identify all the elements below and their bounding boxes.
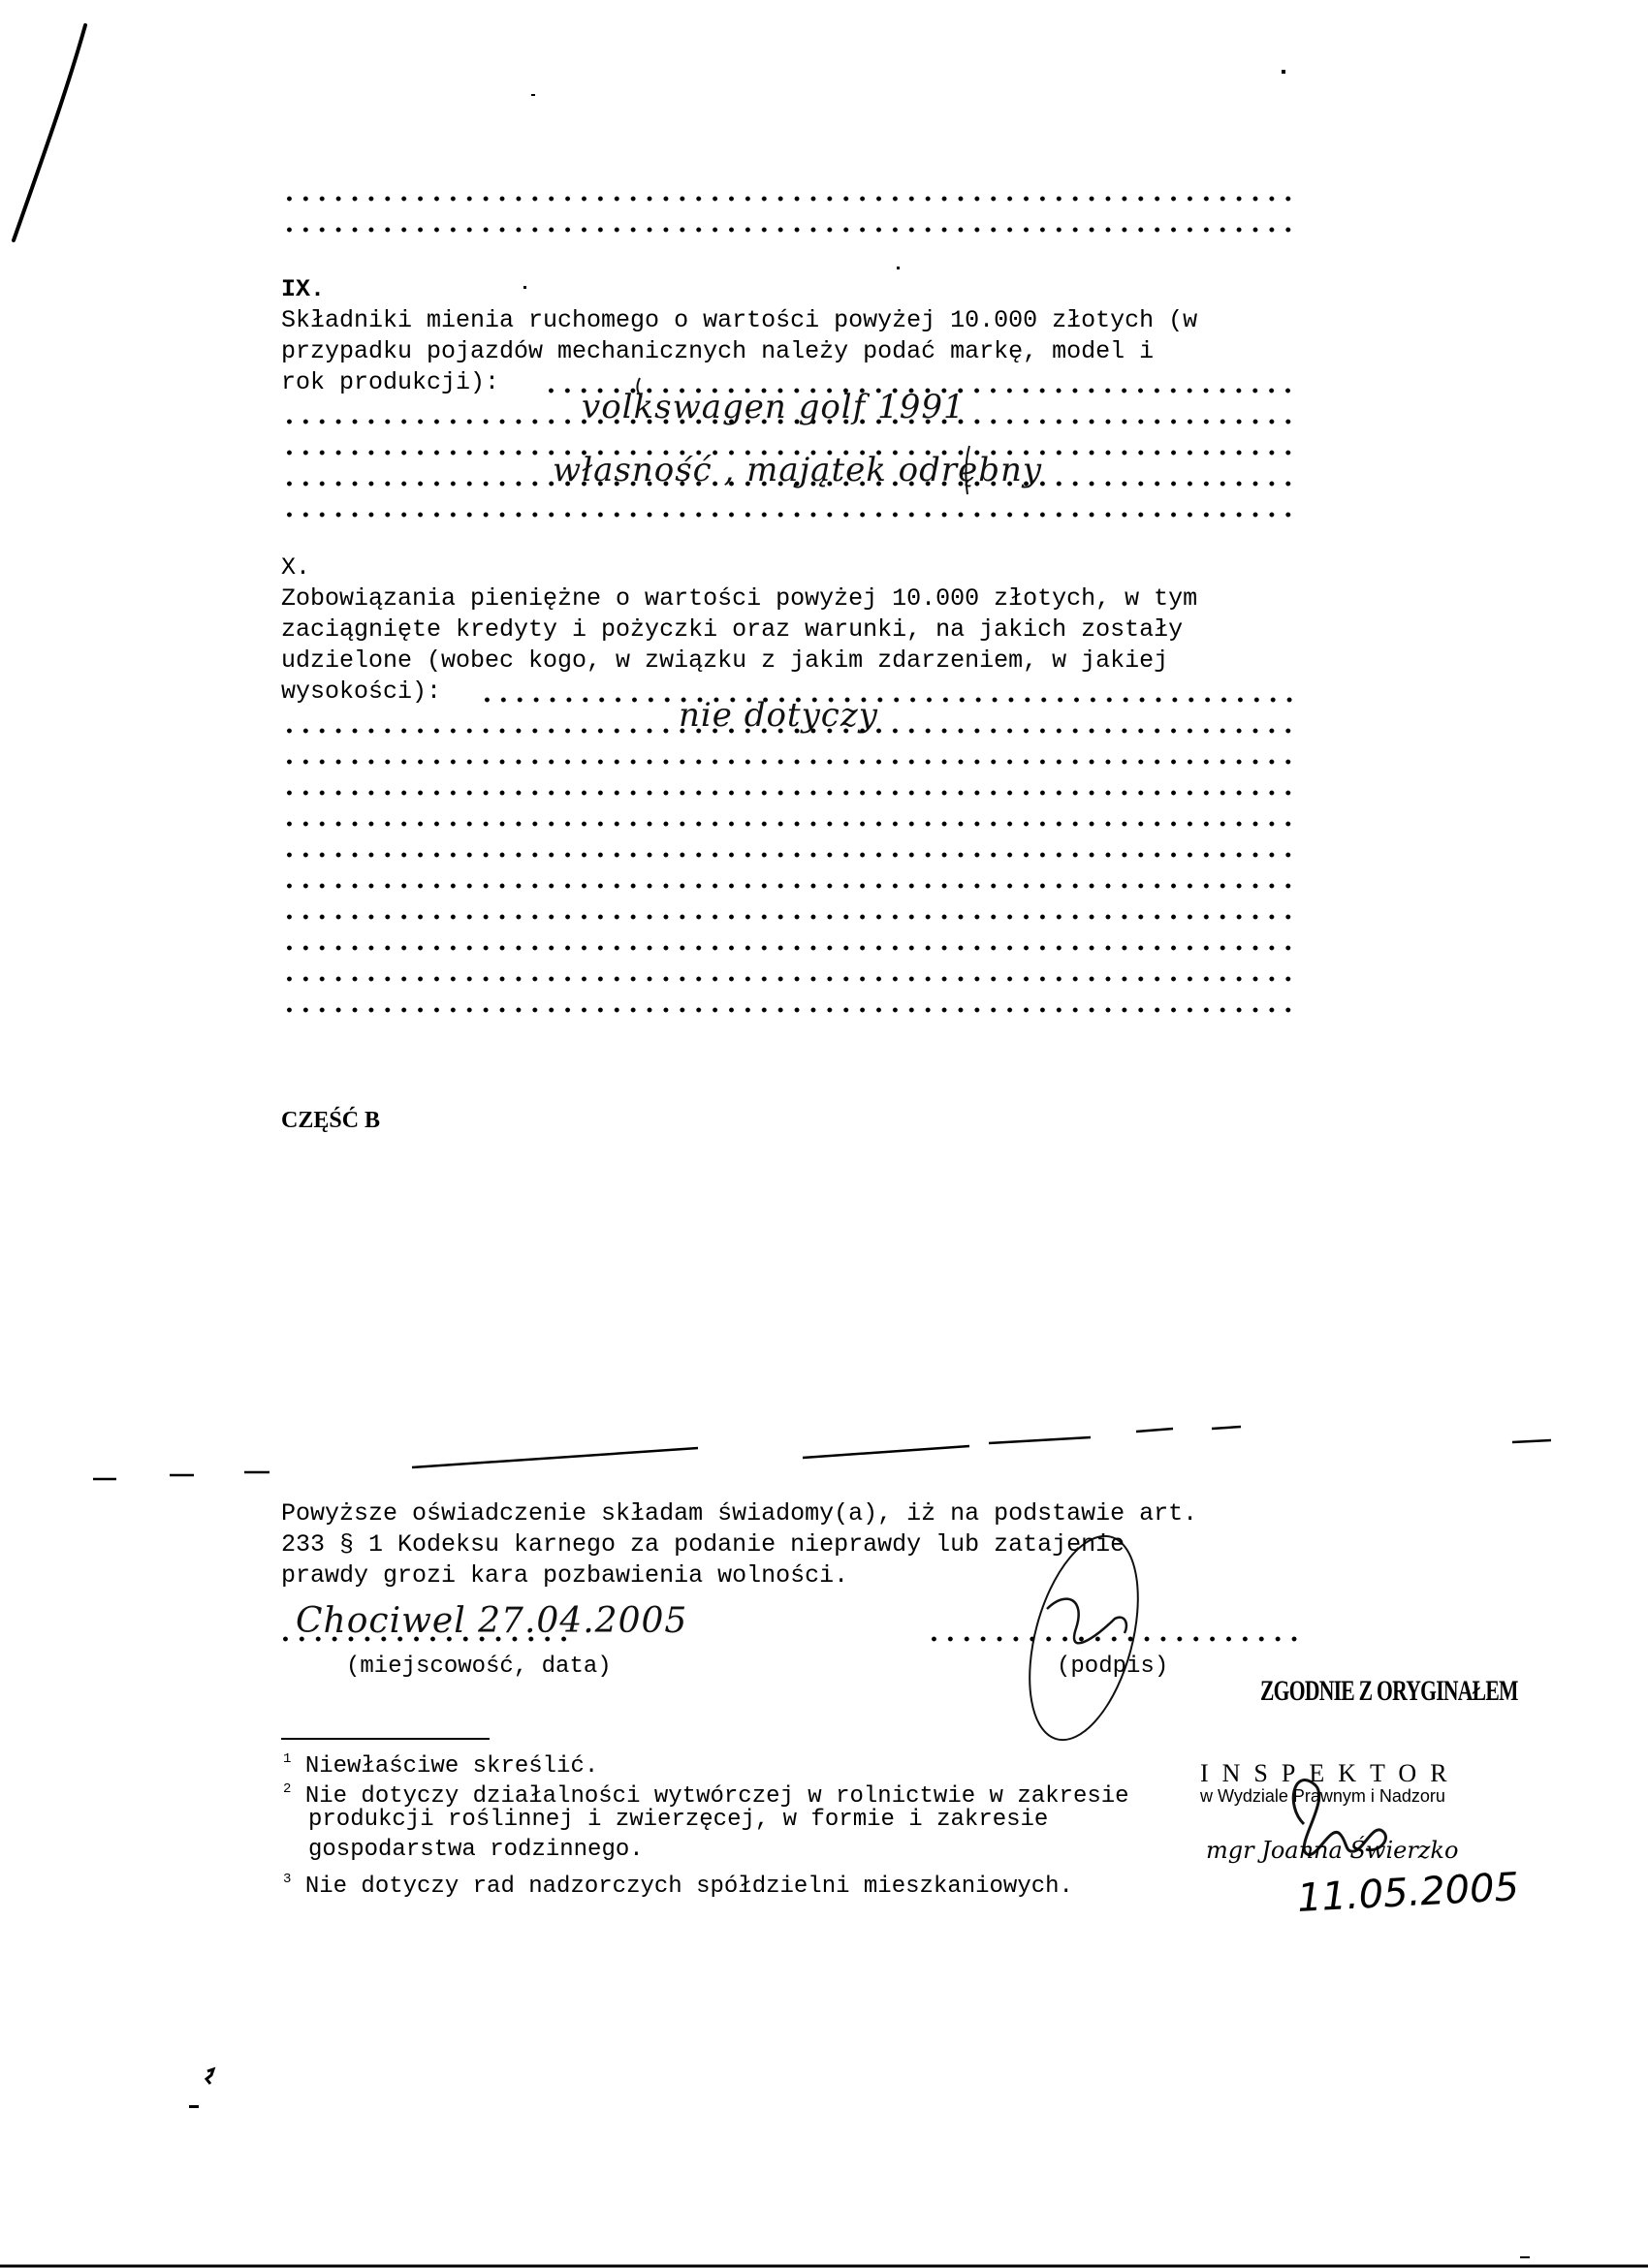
dotted-line — [281, 512, 1299, 518]
part-b-heading: CZĘŚĆ B — [281, 1105, 380, 1136]
stamp-name: mgr Joanna Świerzko — [1206, 1837, 1458, 1864]
footnote-2-continuation: produkcji roślinnej i zwierzęcej, w form… — [308, 1805, 1048, 1835]
dotted-line — [281, 883, 1299, 889]
declaration-line: 233 § 1 Kodeksu karnego za podanie niepr… — [281, 1529, 1125, 1560]
declaration-line: prawdy grozi kara pozbawienia wolności. — [281, 1560, 848, 1591]
declaration-line: Powyższe oświadczenie składam świadomy(a… — [281, 1498, 1197, 1529]
handwritten-answer-ownership: własność , majątek odrębny — [553, 451, 1042, 489]
dotted-line — [281, 1007, 1299, 1013]
stamp-role: INSPEKTOR — [1200, 1759, 1461, 1788]
section-x-text-line: udzielone (wobec kogo, w związku z jakim… — [281, 646, 1168, 677]
footnote-text: Nie dotyczy rad nadzorczych spółdzielni … — [305, 1874, 1073, 1900]
footnote-2-continuation: gospodarstwa rodzinnego. — [308, 1835, 644, 1865]
dotted-line — [281, 759, 1299, 765]
signature-dotted-line — [926, 1636, 1299, 1642]
section-ix-number: IX. — [281, 274, 325, 305]
section-ix-text-line: przypadku pojazdów mechanicznych należy … — [281, 336, 1154, 367]
section-ix-text-line: Składniki mienia ruchomego o wartości po… — [281, 305, 1197, 336]
section-x-text-line: zaciągnięte kredyty i pożyczki oraz waru… — [281, 614, 1183, 646]
footnote-mark: 2 — [283, 1781, 291, 1797]
footnote-mark: 3 — [283, 1872, 291, 1887]
handwritten-place-date: Chociwel 27.04.2005 — [296, 1601, 687, 1641]
dotted-line — [281, 945, 1299, 951]
dotted-line — [281, 227, 1299, 233]
dotted-line — [281, 821, 1299, 827]
stamp-department: w Wydziale Prawnym i Nadzoru — [1200, 1786, 1445, 1807]
section-ix-text-line: rok produkcji): — [281, 367, 499, 398]
fold-line — [93, 1427, 1551, 1479]
footnote-mark: 1 — [283, 1751, 291, 1767]
section-x-text-line: Zobowiązania pieniężne o wartości powyże… — [281, 583, 1197, 614]
dotted-line — [281, 852, 1299, 858]
dotted-line — [281, 976, 1299, 982]
section-x-text-line: wysokości): — [281, 677, 441, 708]
footnote-separator — [281, 1738, 490, 1740]
place-date-label: (miejscowość, data) — [346, 1654, 612, 1680]
dotted-line — [281, 790, 1299, 796]
dotted-line — [281, 196, 1299, 202]
handwritten-answer-vehicle: volkswagen golf 1991 — [582, 388, 966, 426]
dotted-line — [281, 728, 1299, 734]
margin-pen-stroke — [14, 25, 85, 240]
footnote-3: 3 Nie dotyczy rad nadzorczych spółdzieln… — [283, 1865, 1073, 1902]
certification-stamp-title: ZGODNIE Z ORYGINAŁEM — [1260, 1675, 1518, 1708]
scanned-document-page: IX. Składniki mienia ruchomego o wartośc… — [0, 0, 1648, 2268]
dotted-line — [479, 697, 1299, 703]
dotted-line — [281, 914, 1299, 920]
signature-label: (podpis) — [1057, 1654, 1168, 1680]
section-x-number: X. — [281, 552, 310, 583]
